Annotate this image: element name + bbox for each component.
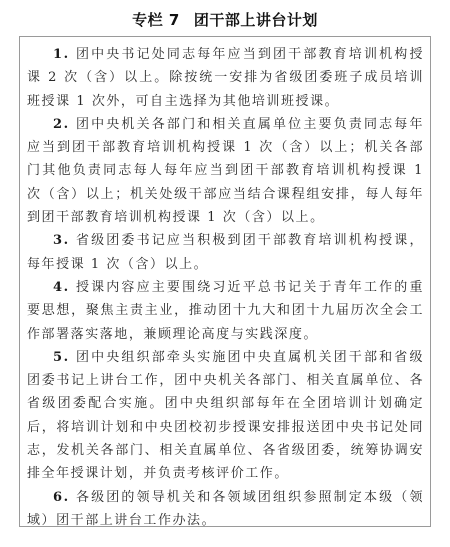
item-text: 团中央机关各部门和相关直属单位主要负责同志每年应当到团干部教育培训机构授课 1 …: [27, 117, 424, 225]
column-title-text: 团干部上讲台计划: [194, 11, 318, 29]
sidebar-box-content: 1. 团中央书记处同志每年应当到团干部教育培训机构授课 2 次（含）以上。除按统…: [27, 43, 424, 532]
item-number: 5.: [53, 350, 70, 365]
list-item: 6. 各级团的领导机关和各领域团组织参照制定本级（领域）团干部上讲台工作办法。: [27, 486, 424, 533]
column-title: 专栏 7团干部上讲台计划: [0, 10, 450, 30]
list-item: 4. 授课内容应主要围绕习近平总书记关于青年工作的重要思想，聚焦主责主业，推动团…: [27, 276, 424, 346]
column-title-prefix: 专栏 7: [132, 11, 180, 29]
item-number: 1.: [53, 47, 70, 62]
list-item: 3. 省级团委书记应当积极到团干部教育培训机构授课，每年授课 1 次（含）以上。: [27, 229, 424, 276]
list-item: 2. 团中央机关各部门和相关直属单位主要负责同志每年应当到团干部教育培训机构授课…: [27, 113, 424, 229]
item-number: 6.: [53, 490, 70, 505]
item-number: 4.: [53, 280, 70, 295]
item-number: 2.: [53, 117, 70, 132]
list-item: 1. 团中央书记处同志每年应当到团干部教育培训机构授课 2 次（含）以上。除按统…: [27, 43, 424, 113]
item-text: 各级团的领导机关和各领域团组织参照制定本级（领域）团干部上讲台工作办法。: [27, 490, 424, 528]
item-number: 3.: [53, 233, 70, 248]
sidebar-box: 1. 团中央书记处同志每年应当到团干部教育培训机构授课 2 次（含）以上。除按统…: [19, 36, 431, 527]
item-text: 授课内容应主要围绕习近平总书记关于青年工作的重要思想，聚焦主责主业，推动团十九大…: [27, 280, 424, 342]
item-text: 省级团委书记应当积极到团干部教育培训机构授课，每年授课 1 次（含）以上。: [27, 233, 424, 271]
item-text: 团中央书记处同志每年应当到团干部教育培训机构授课 2 次（含）以上。除按统一安排…: [27, 47, 424, 109]
item-text: 团中央组织部牵头实施团中央直属机关团干部和省级团委书记上讲台工作，团中央机关各部…: [27, 350, 424, 481]
list-item: 5. 团中央组织部牵头实施团中央直属机关团干部和省级团委书记上讲台工作，团中央机…: [27, 346, 424, 486]
